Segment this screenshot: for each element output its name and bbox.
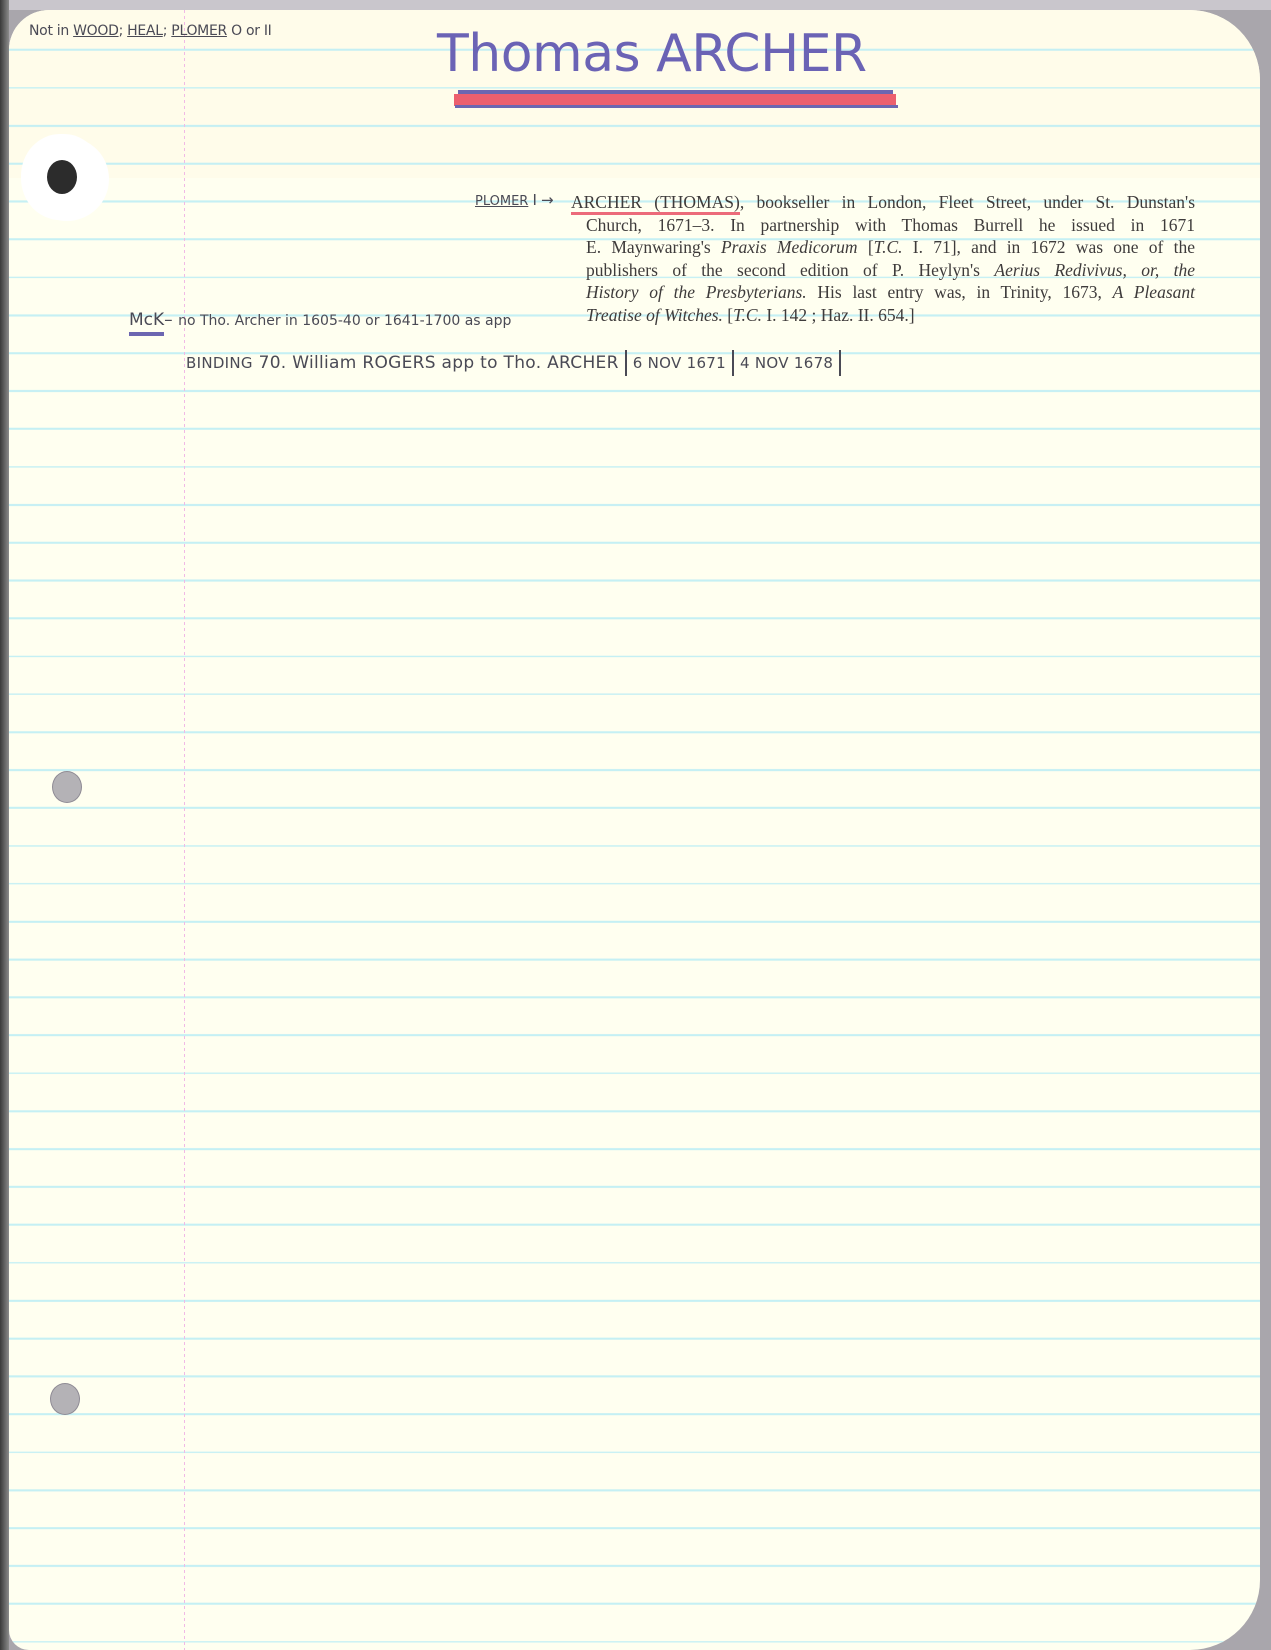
binding-date-bound: 6 NOV 1671 bbox=[633, 354, 726, 372]
column-divider bbox=[625, 350, 627, 376]
entry-line-4: publishers of the second edition of P. H… bbox=[571, 259, 1195, 282]
entry-text: I. 71], and in 1672 was one of the bbox=[903, 237, 1195, 257]
column-divider bbox=[839, 350, 841, 376]
ref-heal: HEAL bbox=[127, 23, 163, 39]
entry-ref-italic: T.C. bbox=[733, 305, 762, 325]
plomer-reference-label: PLOMER I → bbox=[475, 191, 554, 209]
plomer-label: PLOMER bbox=[475, 194, 528, 209]
entry-text: publishers of the second edition of P. H… bbox=[586, 260, 994, 280]
entry-headword: ARCHER (THOMAS) bbox=[571, 192, 740, 215]
margin-line bbox=[184, 10, 185, 1650]
binding-text: William ROGERS app to Tho. ARCHER bbox=[292, 353, 618, 373]
headword-surname: ARCHER bbox=[571, 192, 642, 212]
binding-label: BINDING bbox=[186, 354, 253, 372]
entry-line-2: Church, 1671–3. In partnership with Thom… bbox=[571, 214, 1195, 237]
binding-note: BINDING 70. William ROGERS app to Tho. A… bbox=[186, 350, 847, 376]
card-title: Thomas ARCHER bbox=[437, 24, 867, 84]
mck-key: McK bbox=[129, 310, 164, 336]
entry-text: His last entry was, in Trinity, 1673, bbox=[807, 282, 1113, 302]
punch-hole-middle bbox=[52, 771, 82, 803]
arrow-right-icon: → bbox=[541, 191, 554, 209]
scanner-bed-top bbox=[0, 0, 1271, 10]
note-prefix: Not in bbox=[29, 23, 69, 39]
entry-title-italic: Aerius Redivivus, or, the bbox=[994, 260, 1195, 280]
source-check-note: Not in WOOD; HEAL; PLOMER O or II bbox=[29, 23, 271, 39]
separator: ; bbox=[119, 23, 123, 39]
mck-text: no Tho. Archer in 1605-40 or 1641-1700 a… bbox=[178, 313, 511, 329]
entry-text: [ bbox=[723, 305, 733, 325]
punch-hole-top bbox=[47, 160, 77, 194]
entry-title-italic: Praxis Medicorum bbox=[721, 237, 858, 257]
entry-title-italic: A Pleasant bbox=[1113, 282, 1195, 302]
separator: ; bbox=[163, 23, 167, 39]
index-card: Not in WOOD; HEAL; PLOMER O or II Thomas… bbox=[9, 10, 1260, 1650]
column-divider bbox=[732, 350, 734, 376]
entry-text: Church, 1671–3. In partnership with Thom… bbox=[586, 215, 1195, 235]
mckenzie-note: McK– no Tho. Archer in 1605-40 or 1641-1… bbox=[129, 310, 511, 330]
binding-date-freed: 4 NOV 1678 bbox=[740, 354, 833, 372]
note-suffix: O or II bbox=[231, 23, 271, 39]
entry-title-italic: History of the Presbyterians. bbox=[586, 282, 807, 302]
entry-text: [ bbox=[858, 237, 874, 257]
binding-number: 70. bbox=[259, 353, 287, 373]
punch-hole-bottom bbox=[50, 1383, 80, 1415]
entry-title-italic: Treatise of Witches. bbox=[586, 305, 723, 325]
entry-ref-italic: T.C. bbox=[874, 237, 903, 257]
mck-dash: – bbox=[164, 310, 173, 330]
entry-text: , bookseller in London, Fleet Street, un… bbox=[740, 192, 1195, 212]
title-underline-blue-lower bbox=[455, 105, 898, 108]
headword-forename: (THOMAS) bbox=[654, 192, 740, 212]
entry-line-1: ARCHER (THOMAS), bookseller in London, F… bbox=[571, 191, 1195, 214]
ref-plomer: PLOMER bbox=[171, 23, 227, 39]
entry-line-3: E. Maynwaring's Praxis Medicorum [T.C. I… bbox=[571, 236, 1195, 259]
entry-line-6: Treatise of Witches. [T.C. I. 142 ; Haz.… bbox=[571, 304, 1195, 327]
plomer-volume: I bbox=[532, 191, 536, 209]
entry-text: E. Maynwaring's bbox=[586, 237, 721, 257]
entry-line-5: History of the Presbyterians. His last e… bbox=[571, 281, 1195, 304]
scanner-bed-left bbox=[0, 0, 9, 1650]
entry-text: I. 142 ; Haz. II. 654.] bbox=[762, 305, 915, 325]
plomer-clipping: ARCHER (THOMAS), bookseller in London, F… bbox=[571, 191, 1195, 326]
ref-wood: WOOD bbox=[73, 23, 118, 39]
